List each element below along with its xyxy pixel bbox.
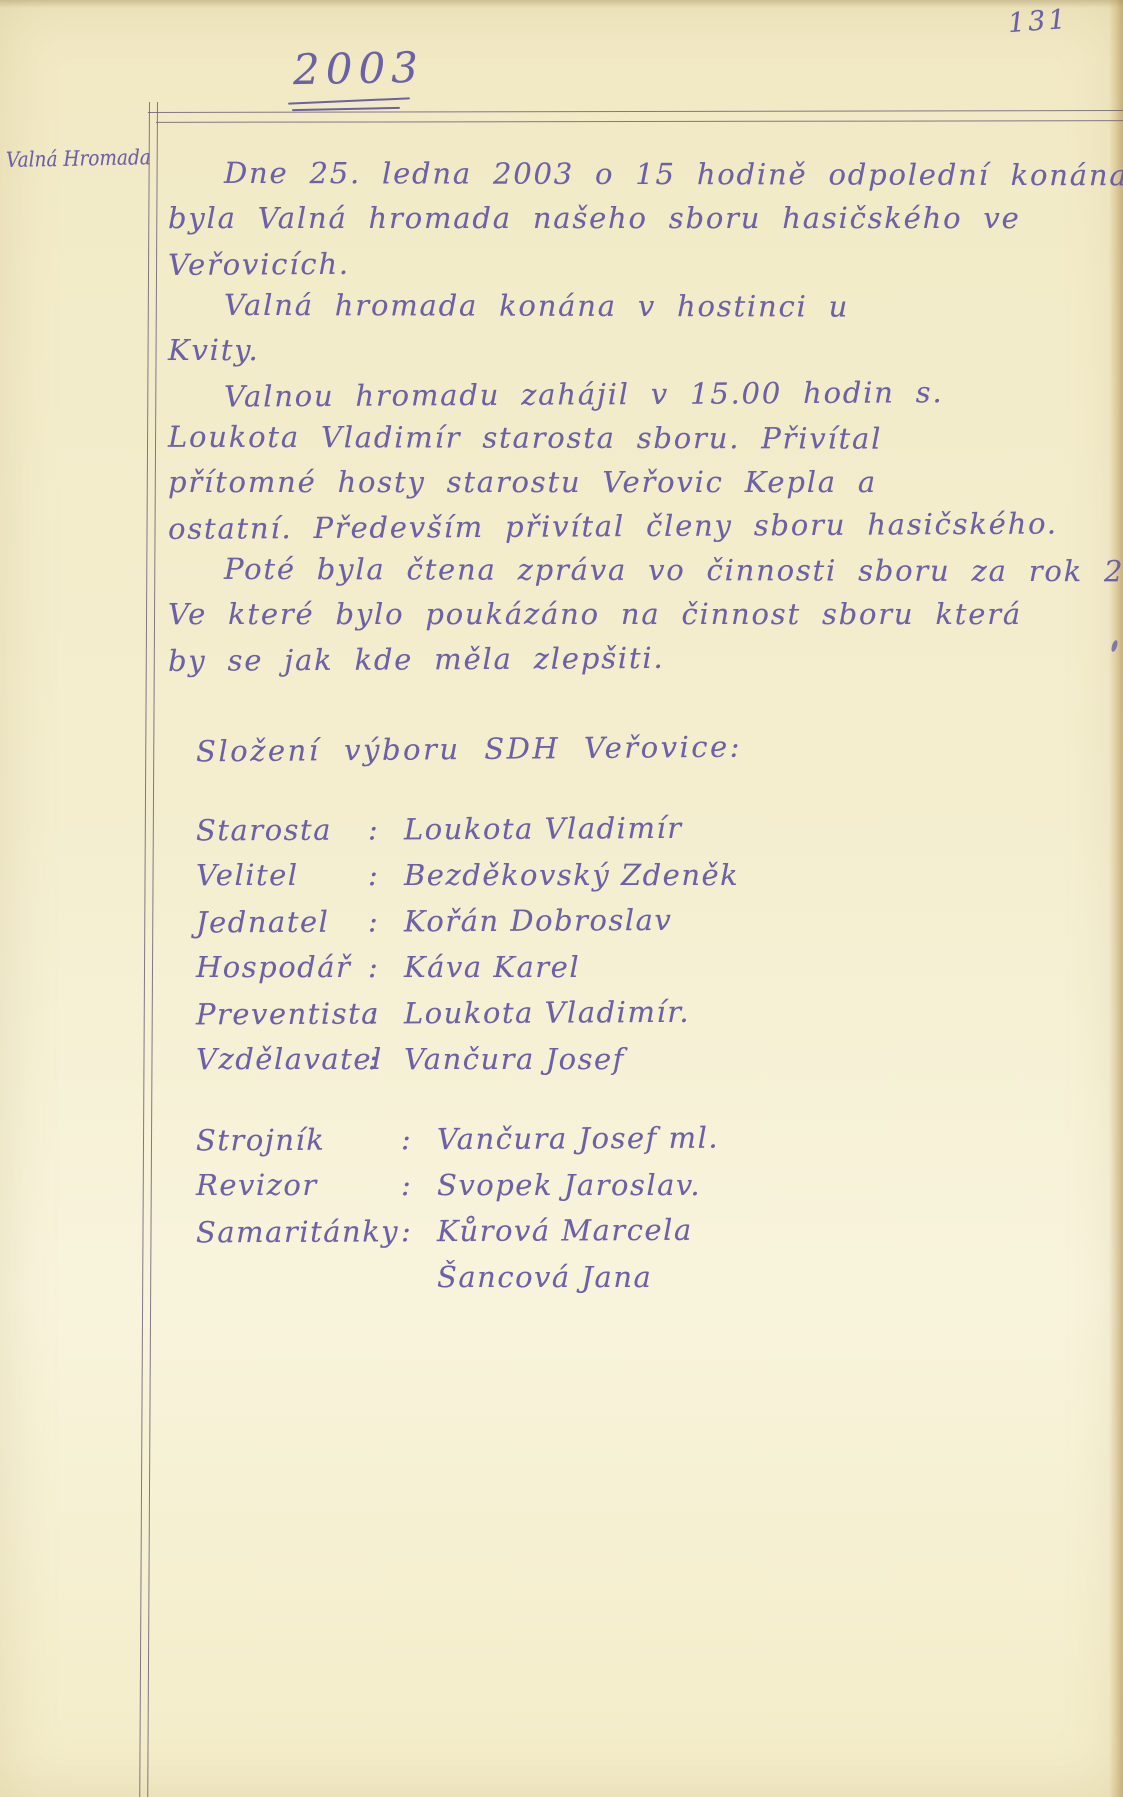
handwritten-line: ostatní. Především přivítal členy sboru … — [168, 501, 1118, 551]
member-name: Loukota Vladimír. — [404, 995, 690, 1030]
margin-note: Valná Hromada — [6, 145, 147, 172]
handwritten-line: Valná hromada konána v hostinci u — [168, 283, 1118, 329]
role-label: Jednatel — [196, 905, 368, 940]
title-underline — [292, 107, 400, 111]
paper-edge-top — [0, 0, 1123, 8]
member-name: Kůrová Marcela — [437, 1213, 693, 1248]
committee-row: Samaritánky:Kůrová Marcela — [196, 1213, 719, 1262]
member-name: Loukota Vladimír — [404, 811, 683, 846]
role-label: Revizor — [196, 1168, 401, 1202]
committee-roster-main: Starosta:Loukota VladimírVelitel:Bezděko… — [196, 812, 739, 1088]
margin-rule — [139, 102, 161, 1797]
colon-separator: : — [368, 1042, 404, 1076]
committee-row: Vzdělavatel:Vančura Josef — [196, 1042, 739, 1088]
role-label: Velitel — [196, 858, 368, 892]
handwritten-line: Poté byla čtena zpráva vo činnosti sboru… — [168, 547, 1118, 593]
page-number: 131 — [1007, 4, 1070, 39]
body-text: Dne 25. ledna 2003 o 15 hodině odpolední… — [168, 152, 1118, 680]
handwritten-line: byla Valná hromada našeho sboru hasičské… — [168, 196, 1118, 240]
member-name: Vančura Josef ml. — [437, 1121, 719, 1156]
colon-separator: : — [368, 904, 404, 938]
member-name: Káva Karel — [404, 950, 580, 984]
committee-row: Preventista:Loukota Vladimír. — [196, 995, 739, 1044]
role-label: Strojník — [196, 1122, 401, 1157]
committee-row: Jednatel:Kořán Dobroslav — [196, 903, 739, 952]
committee-row: Strojník:Vančura Josef ml. — [196, 1121, 719, 1170]
role-label: Preventista — [196, 997, 368, 1032]
committee-row: Hospodář:Káva Karel — [196, 950, 739, 996]
role-label: Starosta — [196, 813, 368, 848]
member-name: Šancová Jana — [437, 1260, 652, 1294]
member-name: Bezděkovský Zdeněk — [404, 858, 739, 892]
handwritten-line: by se jak kde měla zlepšiti. — [168, 633, 1118, 683]
handwritten-line: Veřovicích. — [168, 237, 1118, 287]
colon-separator: : — [368, 950, 404, 984]
committee-row: Starosta:Loukota Vladimír — [196, 811, 739, 860]
member-name: Svopek Jaroslav. — [437, 1168, 701, 1202]
colon-separator: : — [368, 996, 404, 1030]
committee-roster-extra: Strojník:Vančura Josef ml.Revizor:Svopek… — [196, 1122, 719, 1306]
handwritten-line: Dne 25. ledna 2003 o 15 hodině odpolední… — [168, 151, 1118, 197]
handwritten-line: Ve které bylo poukázáno na činnost sboru… — [168, 592, 1118, 636]
chronicle-page: 131 2003 Valná Hromada Dne 25. ledna 200… — [0, 0, 1123, 1797]
colon-separator: : — [401, 1168, 437, 1202]
role-label: Samaritánky — [196, 1214, 401, 1249]
committee-row: Velitel:Bezděkovský Zdeněk — [196, 858, 739, 904]
handwritten-line: Valnou hromadu zahájil v 15.00 hodin s. — [168, 369, 1118, 419]
committee-row: :Šancová Jana — [196, 1260, 719, 1306]
colon-separator: : — [401, 1122, 437, 1156]
handwritten-line: přítomné hosty starostu Veřovic Kepla a — [168, 460, 1118, 504]
committee-row: Revizor:Svopek Jaroslav. — [196, 1168, 719, 1214]
role-label: Vzdělavatel — [196, 1042, 368, 1076]
committee-heading: Složení výboru SDH Veřovice: — [196, 730, 742, 769]
colon-separator: : — [401, 1214, 437, 1248]
top-rule — [156, 120, 1123, 123]
member-name: Kořán Dobroslav — [404, 903, 673, 938]
member-name: Vančura Josef — [404, 1042, 625, 1076]
title-underline — [288, 97, 410, 104]
colon-separator: : — [368, 812, 404, 846]
handwritten-line: Kvity. — [168, 328, 1118, 372]
handwritten-line: Loukota Vladimír starosta sboru. Přivíta… — [168, 415, 1118, 461]
year-title: 2003 — [293, 43, 425, 94]
role-label: Hospodář — [196, 950, 368, 984]
colon-separator: : — [368, 858, 404, 892]
